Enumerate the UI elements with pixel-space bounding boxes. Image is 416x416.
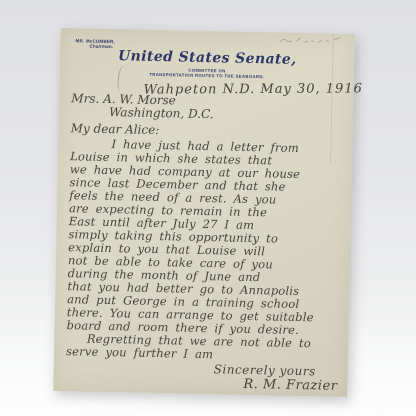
- closing: Sincerely yours: [214, 362, 316, 378]
- recipient-city: Washington, D.C.: [109, 106, 214, 121]
- letter-body: I have just had a letter fromLouise in w…: [66, 137, 349, 364]
- recipient-address: Mrs. A. W. Morse Washington, D.C.: [71, 92, 214, 121]
- salutation: My dear Alice:: [71, 121, 160, 137]
- pencil-notation: [278, 34, 342, 49]
- photo-of-letter: { "photo": { "backdrop_top_color": "#e0e…: [0, 0, 416, 416]
- signature: R. M. Frazier: [243, 377, 337, 394]
- letter-paper: MR. McCUMBER, Chairman. United States Se…: [53, 28, 355, 397]
